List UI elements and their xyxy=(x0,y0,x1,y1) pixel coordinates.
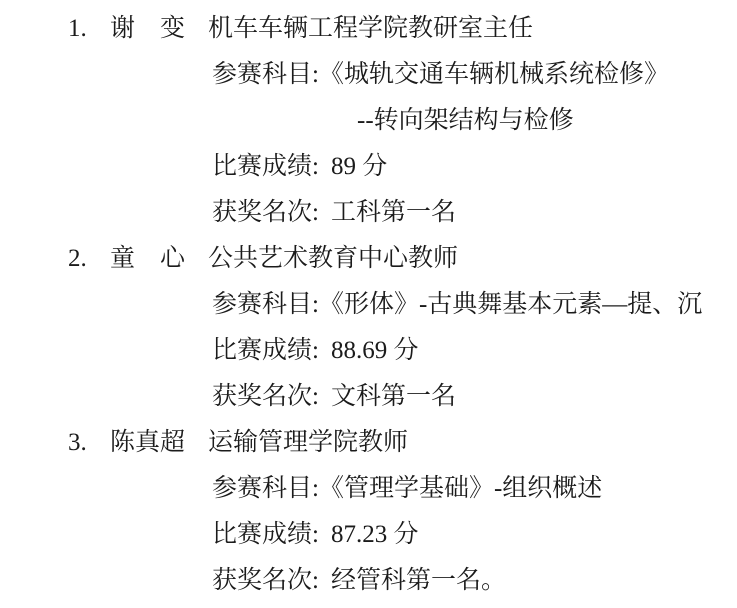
entry-2-award-value: 文科第一名 xyxy=(331,383,456,410)
entry-3-subject-value: 《管理学基础》-组织概述 xyxy=(319,475,602,502)
entry-3-score-value: 87.23 分 xyxy=(331,521,419,548)
entry-1-number: 1. xyxy=(68,6,110,52)
entry-3-award-label: 获奖名次: xyxy=(212,567,319,594)
entry-2-subject-value: 《形体》-古典舞基本元素—提、沉 xyxy=(319,291,702,318)
entry-2-header: 2.童 心公共艺术教育中心教师 xyxy=(0,236,737,282)
entry-1-award-label: 获奖名次: xyxy=(212,199,319,226)
entry-3-subject-label: 参赛科目: xyxy=(212,475,319,502)
entry-2-number: 2. xyxy=(68,236,110,282)
entry-3-name: 陈真超 xyxy=(110,420,208,466)
entry-2-subject-label: 参赛科目: xyxy=(212,291,319,318)
entry-1-subject-line: 参赛科目:《城轨交通车辆机械系统检修》 xyxy=(0,52,737,98)
entry-2-score-value: 88.69 分 xyxy=(331,337,419,364)
entry-3-score-line: 比赛成绩:87.23 分 xyxy=(0,512,737,558)
entry-1-award-value: 工科第一名 xyxy=(331,199,456,226)
entry-2-title: 公共艺术教育中心教师 xyxy=(208,245,458,272)
entry-1-subject-continuation: --转向架结构与检修 xyxy=(0,98,737,144)
entry-1-score-label: 比赛成绩: xyxy=(212,153,319,180)
entry-1-name: 谢 变 xyxy=(110,6,208,52)
entry-1-award-line: 获奖名次:工科第一名 xyxy=(0,190,737,236)
entry-3-number: 3. xyxy=(68,420,110,466)
entry-2-score-label: 比赛成绩: xyxy=(212,337,319,364)
entry-2-subject-line: 参赛科目:《形体》-古典舞基本元素—提、沉 xyxy=(0,282,737,328)
entry-2-score-line: 比赛成绩:88.69 分 xyxy=(0,328,737,374)
entry-3-award-value: 经管科第一名。 xyxy=(331,567,506,594)
entry-1-subject-value: 《城轨交通车辆机械系统检修》 xyxy=(319,61,669,88)
document-page: 1.谢 变机车车辆工程学院教研室主任 参赛科目:《城轨交通车辆机械系统检修》 -… xyxy=(0,0,737,604)
entry-1-header: 1.谢 变机车车辆工程学院教研室主任 xyxy=(0,6,737,52)
entry-2-name: 童 心 xyxy=(110,236,208,282)
entry-3-title: 运输管理学院教师 xyxy=(208,429,408,456)
entry-3-subject-line: 参赛科目:《管理学基础》-组织概述 xyxy=(0,466,737,512)
entry-2-award-line: 获奖名次:文科第一名 xyxy=(0,374,737,420)
entry-3-header: 3.陈真超运输管理学院教师 xyxy=(0,420,737,466)
entry-3-award-line: 获奖名次:经管科第一名。 xyxy=(0,558,737,604)
entry-1-title: 机车车辆工程学院教研室主任 xyxy=(208,15,533,42)
entry-3-score-label: 比赛成绩: xyxy=(212,521,319,548)
entry-1-score-value: 89 分 xyxy=(331,153,387,180)
entry-2-award-label: 获奖名次: xyxy=(212,383,319,410)
entry-1-score-line: 比赛成绩:89 分 xyxy=(0,144,737,190)
entry-1-subject-label: 参赛科目: xyxy=(212,61,319,88)
